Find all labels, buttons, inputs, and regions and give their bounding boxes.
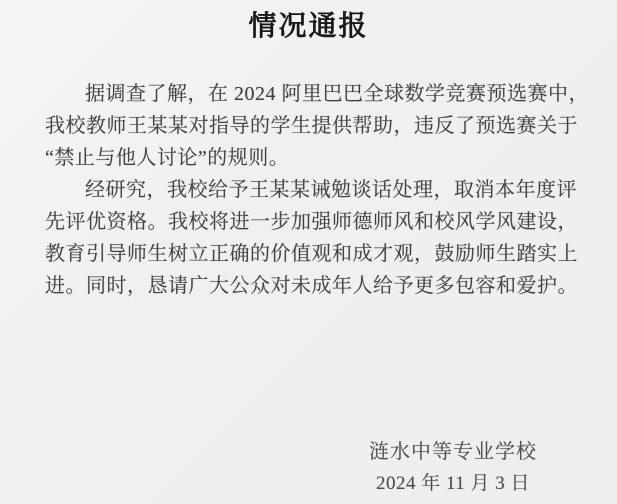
paragraph2-line3: 教育引导师生树立正确的价值观和成才观，鼓励师生踏实上 <box>45 238 567 270</box>
paragraph2-line1: 经研究，我校给予王某某诫勉谈话处理，取消本年度评 <box>45 174 567 206</box>
paragraph2-line4: 进。同时，恳请广大公众对未成年人给予更多包容和爱护。 <box>45 270 567 302</box>
signature-block: 涟水中等专业学校 2024 年 11 月 3 日 <box>369 437 537 500</box>
signature-organization: 涟水中等专业学校 <box>369 437 537 467</box>
document-title: 情况通报 <box>0 0 617 46</box>
paragraph1-line1: 据调查了解，在 2024 阿里巴巴全球数学竞赛预选赛中， <box>45 78 567 110</box>
signature-date: 2024 年 11 月 3 日 <box>369 467 537 500</box>
paragraph1-line2: 我校教师王某某对指导的学生提供帮助，违反了预选赛关于 <box>45 110 567 142</box>
paragraph2-line2: 先评优资格。我校将进一步加强师德师风和校风学风建设， <box>45 206 567 238</box>
notice-document: 情况通报 据调查了解，在 2024 阿里巴巴全球数学竞赛预选赛中， 我校教师王某… <box>0 0 617 504</box>
document-body: 据调查了解，在 2024 阿里巴巴全球数学竞赛预选赛中， 我校教师王某某对指导的… <box>45 78 567 302</box>
paragraph1-line3: “禁止与他人讨论”的规则。 <box>45 142 567 174</box>
